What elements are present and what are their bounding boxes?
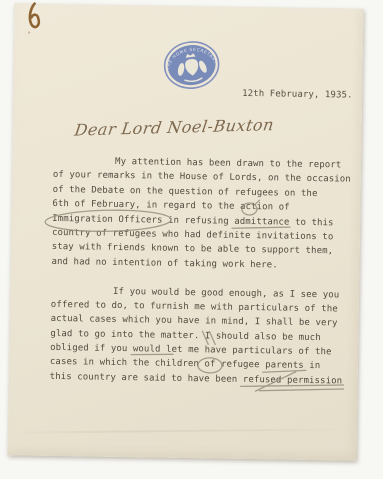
date-line: 12th February, 1935. xyxy=(242,89,353,101)
paper-crease xyxy=(8,428,357,434)
letter-page: THE HOME SECRETARY 12th February, 1935. … xyxy=(7,3,363,460)
embossed-seal: THE HOME SECRETARY xyxy=(156,33,226,96)
handwritten-salutation: Dear Lord Noel-Buxton xyxy=(73,115,275,140)
letter-body: My attention has been drawn to the repor… xyxy=(50,154,356,389)
scan-background: THE HOME SECRETARY 12th February, 1935. … xyxy=(0,0,383,479)
ink-mark xyxy=(18,0,53,40)
